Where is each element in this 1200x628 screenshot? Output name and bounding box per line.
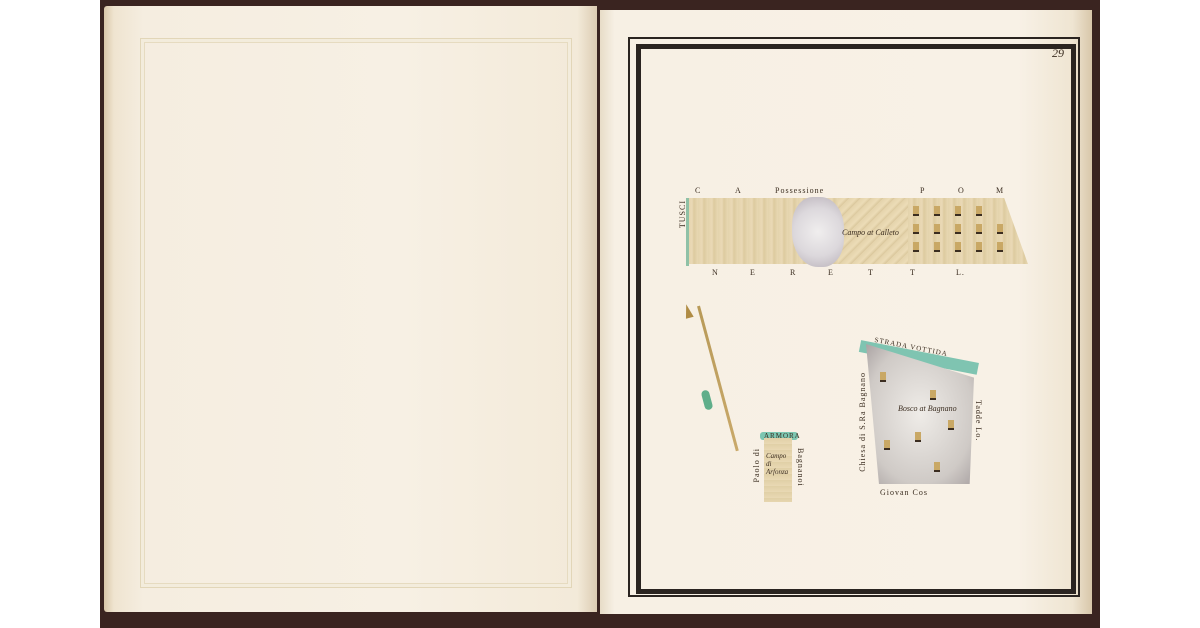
tree-icon (915, 432, 921, 442)
wood-block-label: Bosco at Bagnano (898, 404, 957, 413)
wood-block-bottom-label: Giovan Cos (880, 488, 928, 497)
tree-icon (934, 242, 940, 252)
tree-icon (997, 224, 1003, 234)
tree-icon (884, 440, 890, 450)
tree-icon (913, 206, 919, 216)
tree-icon (913, 224, 919, 234)
small-field-right-label: Bagnanoi (796, 448, 805, 487)
tree-icon (976, 224, 982, 234)
tree-icon (880, 372, 886, 382)
tree-icon (930, 390, 936, 400)
strip-border-top-2: A (735, 186, 742, 195)
strip-border-top-1: C (695, 186, 701, 195)
strip-border-bottom-6: T (910, 268, 916, 277)
strip-border-top-6: M (996, 186, 1004, 195)
tree-icon (997, 242, 1003, 252)
tree-icon (976, 242, 982, 252)
wood-block-left-label: Chiesa di S.Ra Bagnano (858, 372, 867, 472)
tree-icon (934, 206, 940, 216)
left-page (104, 6, 597, 612)
small-field-left-label: Paolo di (752, 448, 761, 482)
tree-icon (934, 224, 940, 234)
wood-block-right-label: Tadde Lo. (974, 400, 983, 441)
left-page-frame (140, 38, 572, 588)
strip-border-bottom-5: T (868, 268, 874, 277)
small-field-label: Campo di Arfonza (766, 452, 792, 476)
tree-icon (955, 206, 961, 216)
strip-border-top-5: O (958, 186, 965, 195)
tree-icon (955, 242, 961, 252)
tree-icon (955, 224, 961, 234)
strip-border-bottom-7: L. (956, 268, 965, 277)
strip-border-bottom-3: R (790, 268, 796, 277)
tree-icon (976, 206, 982, 216)
folio-number: 29 (1052, 46, 1064, 61)
strip-border-bottom-4: E (828, 268, 834, 277)
strip-border-top-3: Possessione (775, 186, 824, 195)
strip-border-top-4: P (920, 186, 925, 195)
tree-icon (934, 462, 940, 472)
strip-border-bottom-2: E (750, 268, 756, 277)
tree-icon (948, 420, 954, 430)
strip-field-label: Campo at Calleto (842, 228, 899, 237)
strip-border-bottom-1: N (712, 268, 719, 277)
woods-patch (792, 197, 844, 267)
strip-border-left: TUSCI (678, 200, 687, 228)
tree-icon (913, 242, 919, 252)
